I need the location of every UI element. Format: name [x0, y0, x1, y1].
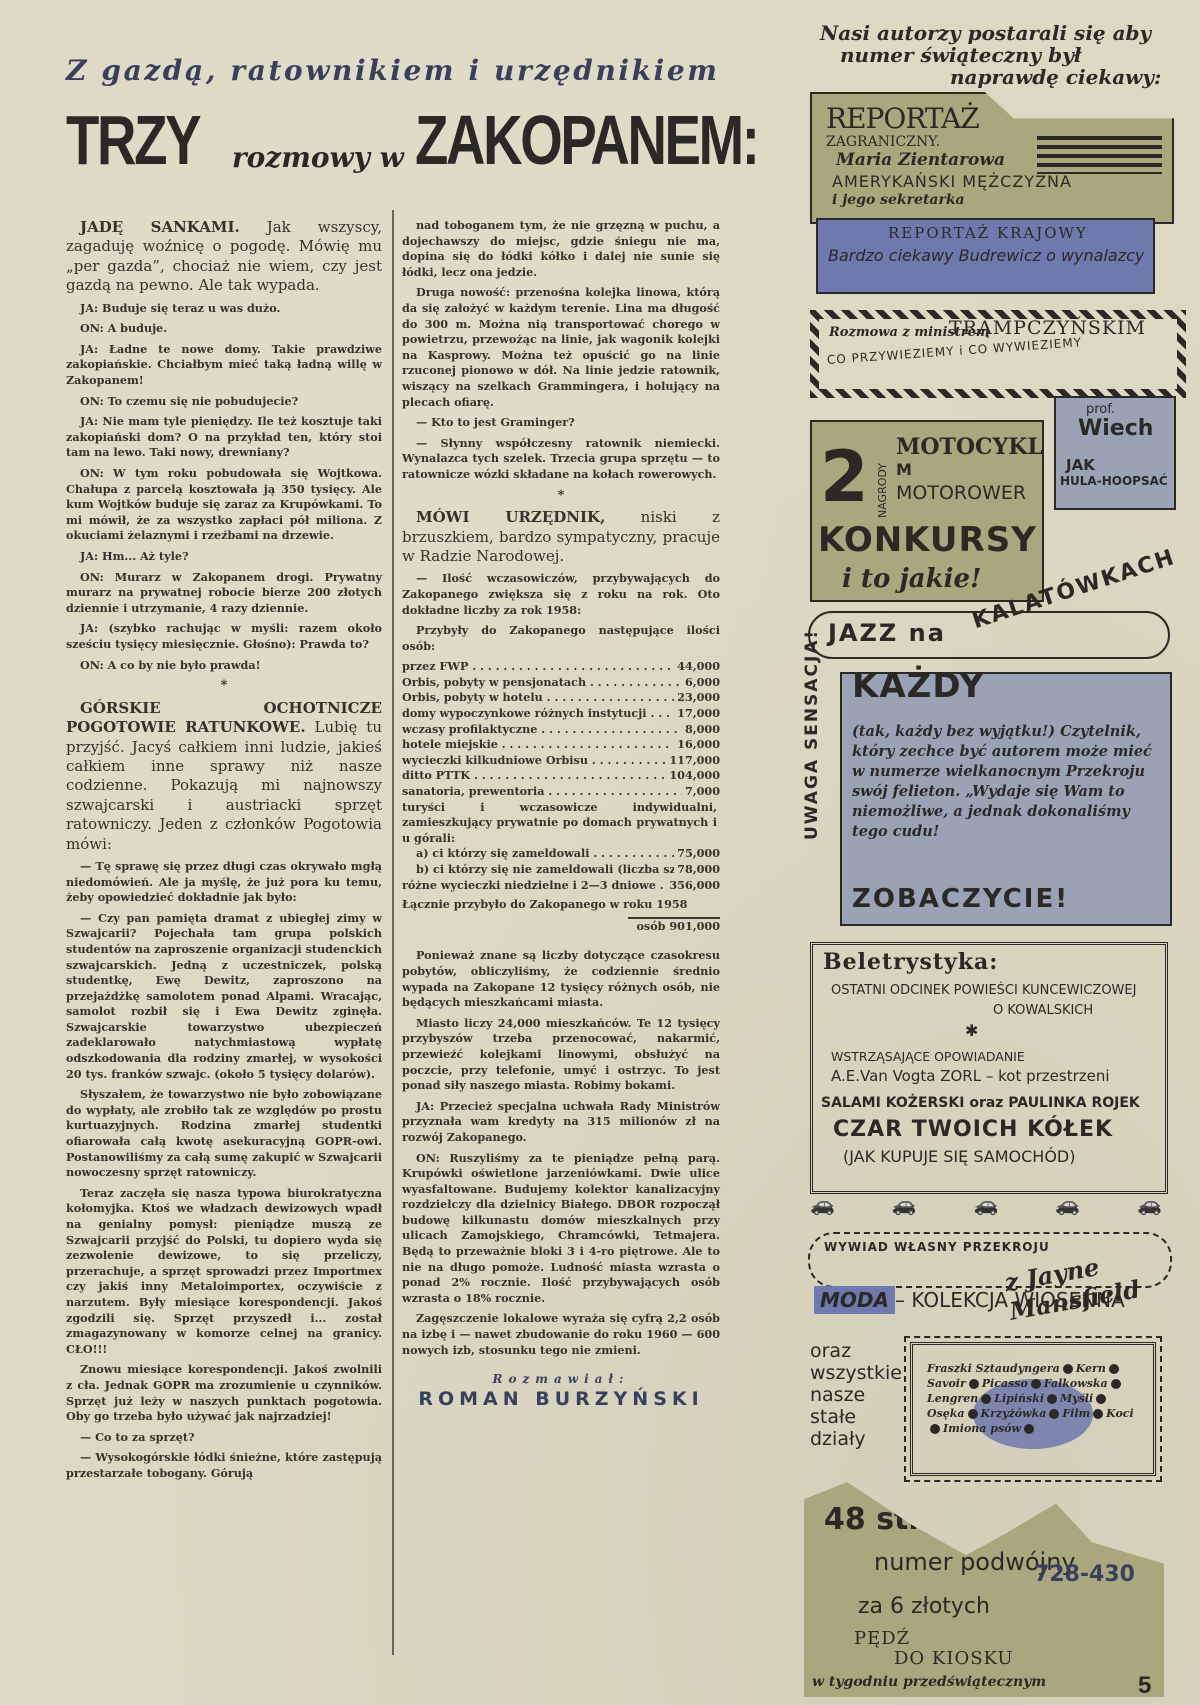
stats-row: Orbis, pobyty w pensjonatach6,000: [402, 675, 720, 691]
gopr-story: — Tę sprawę się przez długi czas okrywał…: [66, 859, 382, 1482]
dot-icon: [1063, 1364, 1073, 1374]
section-item: Picasso: [982, 1377, 1028, 1390]
stats-row: b) ci którzy się nie zameldowali (liczba…: [402, 862, 720, 878]
byline-author: ROMAN BURZYŃSKI: [402, 1392, 720, 1408]
paragraph: — Tę sprawę się przez długi czas okrywał…: [66, 859, 382, 906]
issue-contents-sidebar: Nasi autorzy postarali się aby numer świ…: [800, 20, 1180, 1680]
paragraph: Zagęszczenie lokalowe wyraża się cyfrą 2…: [402, 1311, 720, 1358]
dialog-gazda: JA: Buduje się teraz u was dużo.ON: A bu…: [66, 301, 382, 673]
paragraph: JA: Buduje się teraz u was dużo.: [66, 301, 382, 317]
paragraph: ON: A co by nie było prawda!: [66, 658, 382, 674]
dot-icon: [1047, 1394, 1057, 1404]
dot-icon: [969, 1379, 979, 1389]
headline-middle: rozmowy w: [232, 141, 404, 174]
stats-row: hotele miejskie16,000: [402, 737, 720, 753]
section-item: Fraszki Sztaudyngera: [927, 1362, 1060, 1375]
promo-contests: 2 NAGRODY MOTOCYKL M MOTOROWER KONKURSY …: [810, 420, 1044, 602]
cars-illustration: 🚗🚗🚗🚗🚗: [810, 1192, 1162, 1216]
stats-total-value: osób 901,000: [402, 919, 720, 935]
regular-sections-list: Fraszki SztaudyngeraKernSavoirPicassoFal…: [927, 1361, 1145, 1436]
column-divider: [392, 210, 394, 1655]
dot-icon: [1049, 1409, 1059, 1419]
paragraph: Znowu miesiące korespondencji. Jakoś zwo…: [66, 1362, 382, 1424]
paragraph-sankami: JADĘ SANKAMI. Jak wszyscy, zagaduję woźn…: [66, 218, 382, 296]
paragraph: Teraz zaczęła się nasza typowa biurokrat…: [66, 1186, 382, 1358]
stats-row: a) ci którzy się zameldowali75,000: [402, 846, 720, 862]
section-item: Kern: [1076, 1362, 1106, 1375]
stats-row: ditto PTTK104,000: [402, 768, 720, 784]
paragraph: nad toboganem tym, że nie grzęzną w puch…: [402, 218, 720, 280]
dot-icon: [1093, 1409, 1103, 1419]
asterisk-icon: ✱: [965, 1021, 978, 1040]
car-icon: 🚗: [974, 1192, 999, 1216]
promo-reader-feuilleton: KAŻDY (tak, każdy bez wyjątku!) Czytelni…: [840, 672, 1172, 926]
promo-interview-mansfield: WYWIAD WŁASNY PRZEKROJU z Jayne Mansfiel…: [808, 1232, 1172, 1288]
paragraph: Druga nowość: przenośna kolejka linowa, …: [402, 285, 720, 410]
section-item: Lipiński: [994, 1392, 1044, 1405]
section-item: Falkowska: [1044, 1377, 1108, 1390]
gopr-story-continued: nad toboganem tym, że nie grzęzną w puch…: [402, 218, 720, 483]
stats-row: sanatoria, prewentoria7,000: [402, 784, 720, 800]
urzednik-story: Ponieważ znane są liczby dotyczące czaso…: [402, 948, 720, 1358]
dot-icon: [981, 1394, 991, 1404]
dot-icon: [968, 1409, 978, 1419]
promo-jazz: JAZZ na KALATÓWKACH: [808, 605, 1168, 665]
section-item: Imiona psów: [943, 1422, 1021, 1435]
paragraph: — Ilość wczasowiczów, przybywających do …: [402, 571, 720, 618]
paragraph: Miasto liczy 24,000 mieszkańców. Te 12 t…: [402, 1016, 720, 1094]
paragraph: — Czy pan pamięta dramat z ubiegłej zimy…: [66, 911, 382, 1083]
paragraph-gopr: GÓRSKIE OCHOTNICZE POGOTOWIE RATUNKOWE. …: [66, 699, 382, 854]
dot-icon: [1109, 1364, 1119, 1374]
section-item: Osęka: [927, 1407, 965, 1420]
stats-row: wycieczki kilkudniowe Orbisu117,000: [402, 753, 720, 769]
paragraph: — Słynny współczesny ratownik niemiecki.…: [402, 436, 720, 483]
promo-domestic-reportage: REPORTAŻ KRAJOWY Bardzo ciekawy Budrewic…: [816, 218, 1155, 294]
dot-icon: [1096, 1394, 1106, 1404]
car-icon: 🚗: [892, 1192, 917, 1216]
stats-row: turyści i wczasowicze indywidualni, zami…: [402, 800, 720, 847]
paragraph: JA: Przecież specjalna uchwała Rady Mini…: [402, 1099, 720, 1146]
car-icon: 🚗: [1055, 1192, 1080, 1216]
section-item: Savoir: [927, 1377, 966, 1390]
stats-row: różne wycieczki niedzielne i 2—3 dniowe3…: [402, 878, 720, 894]
urzednik-intro: — Ilość wczasowiczów, przybywających do …: [402, 571, 720, 654]
paragraph: JA: Hm... Aż tyle?: [66, 549, 382, 565]
paragraph: JA: Nie mam tyle pieniędzy. Ile też kosz…: [66, 414, 382, 461]
section-item: Koci: [1106, 1407, 1134, 1420]
car-icon: 🚗: [810, 1192, 835, 1216]
section-separator: *: [66, 678, 382, 694]
promo-minister-interview: Rozmowa z ministrem TRĄMPCZYŃSKIM CO PRZ…: [810, 310, 1186, 398]
paragraph: — Co to za sprzęt?: [66, 1430, 382, 1446]
promo-fiction: Beletrystyka: OSTATNI ODCINEK POWIEŚCI K…: [810, 942, 1168, 1194]
stats-row: Orbis, pobyty w hotelu23,000: [402, 690, 720, 706]
section-item: Lengren: [927, 1392, 978, 1405]
article-kicker: Z gazdą, ratownikiem i urzędnikiem: [66, 54, 726, 87]
section-item: Film: [1062, 1407, 1090, 1420]
paragraph-urzednik: MÓWI URZĘDNIK, niski z brzuszkiem, bardz…: [402, 508, 720, 566]
sensation-label: UWAGA SENSACJA!: [802, 629, 822, 840]
section-item: Myśli: [1060, 1392, 1093, 1405]
paragraph: ON: Murarz w Zakopanem drogi. Prywatny m…: [66, 570, 382, 617]
paragraph: — Kto to jest Graminger?: [402, 415, 720, 431]
stats-row: wczasy profilaktyczne8,000: [402, 722, 720, 738]
paragraph: — Wysokogórskie łódki śnieżne, które zas…: [66, 1450, 382, 1481]
paragraph: ON: Ruszyliśmy za te pieniądze pełną par…: [402, 1151, 720, 1307]
dot-icon: [930, 1424, 940, 1434]
visitor-statistics-table: przez FWP44,000Orbis, pobyty w pensjonat…: [402, 659, 720, 893]
article-headline: TRZY rozmowy w ZAKOPANEM:: [66, 100, 726, 180]
stats-row: przez FWP44,000: [402, 659, 720, 675]
paragraph: Ponieważ znane są liczby dotyczące czaso…: [402, 948, 720, 1010]
dot-icon: [1111, 1379, 1121, 1389]
dot-icon: [1031, 1379, 1041, 1389]
article-column-2: nad toboganem tym, że nie grzęzną w puch…: [402, 218, 720, 1407]
paragraph: JA: (szybko rachując w myśli: razem okoł…: [66, 621, 382, 652]
promo-double-issue: 48 stron numer podwójny 728-430 za 6 zło…: [804, 1482, 1164, 1697]
promo-wiech: prof. Wiech JAK HULA-HOOPSAĆ: [1054, 396, 1176, 510]
paragraph: JA: Ładne te nowe domy. Takie prawdziwe …: [66, 342, 382, 389]
regular-sections-label: oraz wszystkie nasze stałe działy: [810, 1340, 910, 1450]
paragraph: Przybyły do Zakopanego następujące ilośc…: [402, 623, 720, 654]
byline-label: Rozmawiał:: [402, 1372, 720, 1388]
article-column-1: JADĘ SANKAMI. Jak wszyscy, zagaduję woźn…: [66, 218, 382, 1487]
car-icon: 🚗: [1137, 1192, 1162, 1216]
section-separator-2: *: [402, 488, 720, 504]
section-item: Krzyżówka: [981, 1407, 1047, 1420]
paragraph: Słyszałem, że towarzystwo nie było zobow…: [66, 1087, 382, 1181]
promo-foreign-reportage: REPORTAŻ ZAGRANICZNY. Maria Zientarowa A…: [810, 92, 1174, 224]
paragraph: ON: W tym roku pobudowała się Wojtkowa. …: [66, 466, 382, 544]
paragraph: ON: A buduje.: [66, 321, 382, 337]
stripes-decoration: [1037, 136, 1162, 174]
headline-word-zakopanem: ZAKOPANEM:: [415, 100, 758, 180]
page-number: 5: [1138, 1672, 1151, 1700]
paragraph: ON: To czemu się nie pobudujecie?: [66, 394, 382, 410]
stats-total-label-row: Łącznie przybyło do Zakopanego w roku 19…: [402, 897, 720, 913]
dot-icon: [1024, 1424, 1034, 1434]
sidebar-intro: Nasi autorzy postarali się aby numer świ…: [820, 22, 1170, 88]
headline-word-trzy: TRZY: [66, 100, 199, 180]
regular-sections-box: Fraszki SztaudyngeraKernSavoirPicassoFal…: [910, 1342, 1156, 1476]
magazine-page: Z gazdą, ratownikiem i urzędnikiem TRZY …: [0, 0, 1200, 1705]
stats-row: domy wypoczynkowe różnych instytucji17,0…: [402, 706, 720, 722]
promo-fashion: MODA– KOLEKCJA WIOSENNA: [814, 1288, 1125, 1312]
